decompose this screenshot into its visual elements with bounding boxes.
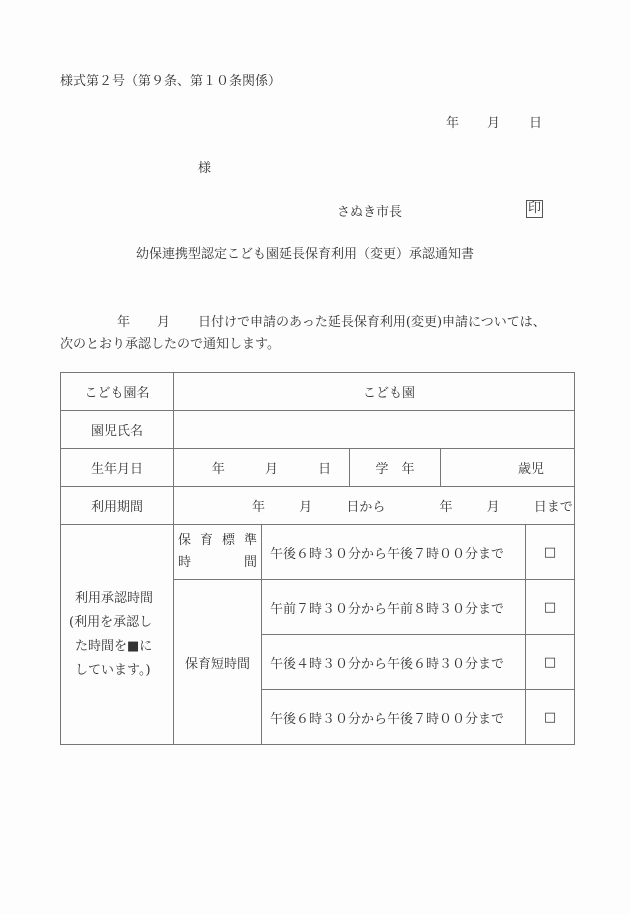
document-title: 幼保連携型認定こども園延長保育利用（変更）承認通知書 <box>136 243 474 262</box>
time-slot-text: 午後６時３０分から午後７時００分まで <box>262 525 526 580</box>
period-label: 利用期間 <box>61 487 174 525</box>
row-birth-date: 生年月日 年 月 日 学 年 歳児 <box>61 449 575 487</box>
approved-time-label: 利用承認時間 (利用を承認し た時間を■に しています。) <box>61 525 174 745</box>
time-slot-checkbox[interactable]: □ <box>526 635 575 690</box>
row-period: 利用期間 年 月 日から 年 月 日まで <box>61 487 575 525</box>
birth-date-field[interactable]: 年 月 日 <box>174 449 350 487</box>
school-name-suffix: こども園 <box>333 386 415 401</box>
body-month: 月 <box>157 311 170 330</box>
child-name-label: 園児氏名 <box>61 411 174 449</box>
grade-label: 学 年 <box>350 449 441 487</box>
issuer: さぬき市長 <box>337 201 402 220</box>
category-standard: 保育標準 時間 <box>174 525 262 580</box>
period-field[interactable]: 年 月 日から 年 月 日まで <box>174 487 575 525</box>
school-name-field[interactable]: こども園 <box>174 373 575 411</box>
seal-mark: 印 <box>526 200 543 218</box>
child-name-field[interactable] <box>174 411 575 449</box>
time-slot-text: 午後６時３０分から午後７時００分まで <box>262 690 526 745</box>
date-month: 月 <box>487 112 500 131</box>
body-year: 年 <box>117 311 130 330</box>
row-standard-slot-1: 利用承認時間 (利用を承認し た時間を■に しています。) 保育標準 時間 午後… <box>61 525 575 580</box>
time-slot-checkbox[interactable]: □ <box>526 690 575 745</box>
addressee-suffix: 様 <box>198 157 211 176</box>
body-line2: 次のとおり承認したので通知します。 <box>60 333 280 352</box>
birth-date-label: 生年月日 <box>61 449 174 487</box>
time-slot-checkbox[interactable]: □ <box>526 580 575 635</box>
time-slot-text: 午後４時３０分から午後６時３０分まで <box>262 635 526 690</box>
date-year: 年 <box>446 112 459 131</box>
age-field[interactable]: 歳児 <box>441 449 575 487</box>
body-line1: 日付けで申請のあった延長保育利用(変更)申請については、 <box>198 311 546 330</box>
school-name-label: こども園名 <box>61 373 174 411</box>
time-slot-checkbox[interactable]: □ <box>526 525 575 580</box>
time-slot-text: 午前７時３０分から午前８時３０分まで <box>262 580 526 635</box>
approval-table: こども園名 こども園 園児氏名 生年月日 年 月 日 学 年 歳児 利用期間 年… <box>60 372 575 745</box>
category-short: 保育短時間 <box>174 580 262 745</box>
row-school-name: こども園名 こども園 <box>61 373 575 411</box>
form-number: 様式第２号（第９条、第１０条関係） <box>60 70 281 89</box>
row-child-name: 園児氏名 <box>61 411 575 449</box>
date-day: 日 <box>529 112 542 131</box>
